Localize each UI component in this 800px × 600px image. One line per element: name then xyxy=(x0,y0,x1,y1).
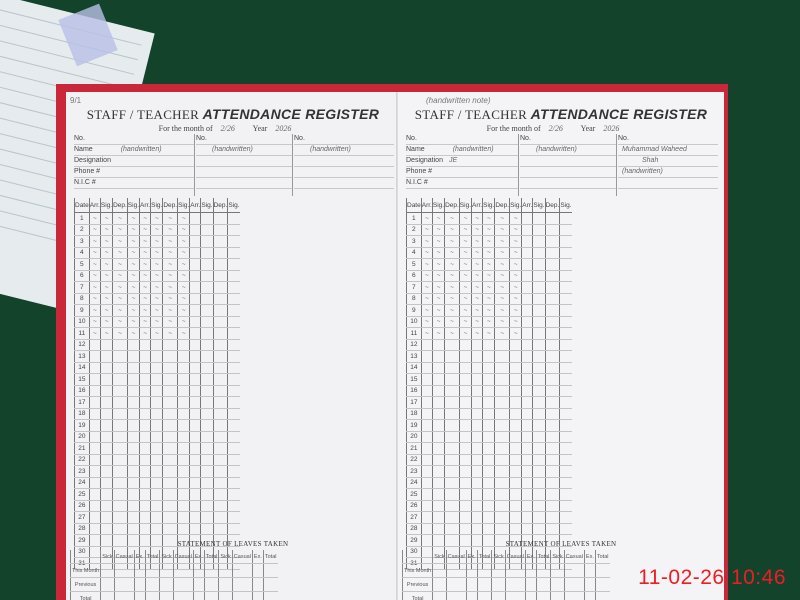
entry-cell xyxy=(201,247,213,259)
entry-cell: ~ xyxy=(89,224,100,236)
column-header: Sig. xyxy=(533,198,545,213)
entry-cell: ~ xyxy=(163,270,178,282)
entry-cell xyxy=(163,385,178,397)
entry-cell xyxy=(127,362,139,374)
entry-cell xyxy=(545,374,560,386)
leave-header: Total xyxy=(204,550,219,564)
entry-cell xyxy=(201,351,213,363)
entry-cell xyxy=(522,270,533,282)
entry-cell: ~ xyxy=(445,247,460,259)
table-row: 13 xyxy=(75,351,240,363)
entry-cell xyxy=(228,500,240,512)
date-cell: 1 xyxy=(407,213,422,225)
entry-cell xyxy=(89,466,100,478)
entry-cell: ~ xyxy=(510,213,522,225)
leave-header: Ex. xyxy=(252,550,263,564)
entry-cell xyxy=(522,385,533,397)
entry-cell: ~ xyxy=(445,305,460,317)
table-row: 11~~~~~~~~ xyxy=(407,328,572,340)
entry-cell xyxy=(510,374,522,386)
leave-header: Casual xyxy=(446,550,466,564)
entry-cell xyxy=(228,316,240,328)
leave-row-label: Previous xyxy=(403,578,433,592)
entry-cell xyxy=(421,500,432,512)
entry-cell xyxy=(213,500,228,512)
entry-cell xyxy=(190,305,201,317)
entry-cell xyxy=(560,454,572,466)
entry-cell xyxy=(190,431,201,443)
entry-cell xyxy=(445,500,460,512)
entry-cell xyxy=(190,293,201,305)
table-row: 8~~~~~~~~ xyxy=(75,293,240,305)
entry-cell xyxy=(201,512,213,524)
leave-header: Total xyxy=(536,550,551,564)
entry-cell xyxy=(545,489,560,501)
entry-cell xyxy=(472,512,483,524)
page-title: STAFF / TEACHER ATTENDANCE REGISTER xyxy=(398,106,724,123)
entry-cell xyxy=(510,362,522,374)
entry-cell: ~ xyxy=(100,224,112,236)
entry-cell xyxy=(545,247,560,259)
entry-cell xyxy=(421,466,432,478)
entry-cell xyxy=(228,466,240,478)
entry-cell: ~ xyxy=(432,236,444,248)
entry-cell xyxy=(560,339,572,351)
entry-cell: ~ xyxy=(495,316,510,328)
entry-cell xyxy=(483,523,495,535)
table-row: 4~~~~~~~~ xyxy=(75,247,240,259)
entry-cell: ~ xyxy=(127,224,139,236)
entry-cell xyxy=(421,385,432,397)
entry-cell xyxy=(459,512,471,524)
table-row: 10~~~~~~~~ xyxy=(75,316,240,328)
entry-cell xyxy=(445,408,460,420)
entry-cell xyxy=(560,443,572,455)
entry-cell xyxy=(472,477,483,489)
entry-cell xyxy=(213,385,228,397)
entry-cell xyxy=(151,443,163,455)
entry-cell xyxy=(421,408,432,420)
entry-cell xyxy=(151,408,163,420)
entry-cell xyxy=(178,339,190,351)
entry-cell: ~ xyxy=(140,236,151,248)
table-row: 8~~~~~~~~ xyxy=(407,293,572,305)
entry-cell xyxy=(178,362,190,374)
entry-cell xyxy=(510,500,522,512)
entry-cell: ~ xyxy=(178,270,190,282)
entry-cell xyxy=(495,477,510,489)
entry-cell xyxy=(545,500,560,512)
entry-cell: ~ xyxy=(472,282,483,294)
entry-cell xyxy=(495,523,510,535)
entry-cell xyxy=(178,408,190,420)
entry-cell: ~ xyxy=(495,305,510,317)
entry-cell xyxy=(533,362,545,374)
entry-cell xyxy=(89,408,100,420)
date-cell: 21 xyxy=(75,443,90,455)
leave-header: Total xyxy=(145,550,160,564)
entry-cell: ~ xyxy=(100,259,112,271)
entry-cell: ~ xyxy=(151,247,163,259)
entry-cell xyxy=(495,489,510,501)
leave-row-label: Previous xyxy=(71,578,101,592)
entry-cell xyxy=(432,500,444,512)
attendance-table: DateArr.Sig.Dep.Sig.Arr.Sig.Dep.Sig.Arr.… xyxy=(406,198,572,570)
entry-cell: ~ xyxy=(510,293,522,305)
entry-cell: ~ xyxy=(459,224,471,236)
entry-cell xyxy=(228,431,240,443)
entry-cell xyxy=(432,523,444,535)
table-row: 6~~~~~~~~ xyxy=(407,270,572,282)
entry-cell xyxy=(472,339,483,351)
entry-cell: ~ xyxy=(510,328,522,340)
table-row: 15 xyxy=(75,374,240,386)
entry-cell xyxy=(545,316,560,328)
entry-cell xyxy=(127,477,139,489)
entry-cell xyxy=(472,489,483,501)
date-cell: 11 xyxy=(407,328,422,340)
leave-header: Casual xyxy=(232,550,252,564)
entry-cell xyxy=(213,523,228,535)
entry-cell xyxy=(89,362,100,374)
entry-cell: ~ xyxy=(421,270,432,282)
date-cell: 15 xyxy=(75,374,90,386)
entry-cell xyxy=(190,236,201,248)
entry-cell: ~ xyxy=(178,293,190,305)
entry-cell xyxy=(533,351,545,363)
entry-cell xyxy=(495,431,510,443)
entry-cell xyxy=(421,374,432,386)
entry-cell: ~ xyxy=(445,236,460,248)
table-row: 3~~~~~~~~ xyxy=(407,236,572,248)
column-header: Sig. xyxy=(151,198,163,213)
date-cell: 17 xyxy=(407,397,422,409)
entry-cell xyxy=(495,351,510,363)
entry-cell xyxy=(213,224,228,236)
entry-cell: ~ xyxy=(445,282,460,294)
entry-cell xyxy=(201,454,213,466)
entry-cell xyxy=(190,316,201,328)
entry-cell: ~ xyxy=(127,270,139,282)
entry-cell xyxy=(472,374,483,386)
date-cell: 15 xyxy=(407,374,422,386)
table-row: 14 xyxy=(75,362,240,374)
column-header: Arr. xyxy=(190,198,201,213)
entry-cell xyxy=(522,489,533,501)
entry-cell xyxy=(113,339,128,351)
entry-cell xyxy=(445,362,460,374)
entry-cell xyxy=(100,374,112,386)
entry-cell: ~ xyxy=(140,247,151,259)
entry-cell xyxy=(545,270,560,282)
entry-cell xyxy=(483,408,495,420)
entry-cell xyxy=(472,454,483,466)
entry-cell xyxy=(459,339,471,351)
entry-cell xyxy=(510,431,522,443)
entry-cell xyxy=(213,305,228,317)
entry-cell xyxy=(163,397,178,409)
date-cell: 4 xyxy=(407,247,422,259)
entry-cell xyxy=(472,431,483,443)
entry-cell xyxy=(432,339,444,351)
entry-cell: ~ xyxy=(421,293,432,305)
entry-cell: ~ xyxy=(495,213,510,225)
entry-cell xyxy=(522,293,533,305)
column-header: Sig. xyxy=(201,198,213,213)
entry-cell: ~ xyxy=(445,328,460,340)
date-cell: 17 xyxy=(75,397,90,409)
date-cell: 23 xyxy=(407,466,422,478)
date-cell: 25 xyxy=(75,489,90,501)
entry-cell: ~ xyxy=(495,259,510,271)
table-row: 13 xyxy=(407,351,572,363)
entry-cell xyxy=(228,362,240,374)
leave-header: Sick xyxy=(551,550,564,564)
entry-cell: ~ xyxy=(483,224,495,236)
entry-cell xyxy=(522,454,533,466)
column-header: Sig. xyxy=(432,198,444,213)
entry-cell: ~ xyxy=(495,328,510,340)
table-row: 2~~~~~~~~ xyxy=(75,224,240,236)
entry-cell xyxy=(89,431,100,443)
entry-cell xyxy=(151,431,163,443)
leave-header: Ex. xyxy=(584,550,595,564)
column-header: Sig. xyxy=(178,198,190,213)
entry-cell xyxy=(545,362,560,374)
entry-cell xyxy=(228,489,240,501)
entry-cell xyxy=(545,523,560,535)
entry-cell xyxy=(472,500,483,512)
entry-cell xyxy=(483,374,495,386)
entry-cell xyxy=(89,385,100,397)
entry-cell xyxy=(127,454,139,466)
entry-cell xyxy=(140,454,151,466)
entry-cell xyxy=(459,466,471,478)
entry-cell xyxy=(483,466,495,478)
entry-cell xyxy=(151,397,163,409)
entry-cell xyxy=(432,489,444,501)
entry-cell xyxy=(127,523,139,535)
entry-cell: ~ xyxy=(445,224,460,236)
entry-cell xyxy=(113,397,128,409)
entry-cell xyxy=(545,397,560,409)
table-row: 11~~~~~~~~ xyxy=(75,328,240,340)
entry-cell: ~ xyxy=(459,213,471,225)
entry-cell xyxy=(545,512,560,524)
entry-cell xyxy=(228,224,240,236)
entry-cell xyxy=(495,362,510,374)
entry-cell xyxy=(459,408,471,420)
entry-cell xyxy=(495,408,510,420)
entry-cell: ~ xyxy=(421,328,432,340)
entry-cell xyxy=(522,431,533,443)
entry-cell: ~ xyxy=(510,247,522,259)
entry-cell: ~ xyxy=(113,247,128,259)
entry-cell xyxy=(483,454,495,466)
entry-cell xyxy=(113,512,128,524)
entry-cell xyxy=(522,305,533,317)
table-row: 9~~~~~~~~ xyxy=(407,305,572,317)
entry-cell xyxy=(140,431,151,443)
entry-cell xyxy=(533,420,545,432)
entry-cell xyxy=(483,351,495,363)
entry-cell xyxy=(89,420,100,432)
entry-cell xyxy=(545,431,560,443)
entry-cell xyxy=(228,443,240,455)
entry-cell xyxy=(140,523,151,535)
entry-cell: ~ xyxy=(113,236,128,248)
entry-cell xyxy=(213,466,228,478)
entry-cell xyxy=(483,489,495,501)
entry-cell xyxy=(140,385,151,397)
entry-cell: ~ xyxy=(151,328,163,340)
entry-cell: ~ xyxy=(100,213,112,225)
entry-cell xyxy=(89,339,100,351)
entry-cell xyxy=(89,454,100,466)
entry-cell xyxy=(100,443,112,455)
entry-cell xyxy=(178,443,190,455)
date-cell: 19 xyxy=(75,420,90,432)
entry-cell xyxy=(113,477,128,489)
entry-cell xyxy=(190,351,201,363)
entry-cell: ~ xyxy=(459,305,471,317)
entry-cell xyxy=(459,397,471,409)
entry-cell xyxy=(190,397,201,409)
entry-cell xyxy=(445,351,460,363)
entry-cell xyxy=(201,362,213,374)
entry-cell: ~ xyxy=(483,247,495,259)
entry-cell xyxy=(178,374,190,386)
date-cell: 2 xyxy=(75,224,90,236)
leave-header: Sick xyxy=(433,550,446,564)
entry-cell xyxy=(483,500,495,512)
entry-cell: ~ xyxy=(445,213,460,225)
entry-cell xyxy=(522,328,533,340)
date-cell: 11 xyxy=(75,328,90,340)
entry-cell xyxy=(533,328,545,340)
entry-cell: ~ xyxy=(421,236,432,248)
entry-cell: ~ xyxy=(510,259,522,271)
entry-cell xyxy=(545,213,560,225)
entry-cell xyxy=(213,362,228,374)
entry-cell: ~ xyxy=(151,316,163,328)
entry-cell: ~ xyxy=(89,293,100,305)
entry-cell xyxy=(151,466,163,478)
entry-cell xyxy=(127,339,139,351)
entry-cell: ~ xyxy=(140,224,151,236)
entry-cell xyxy=(228,236,240,248)
entry-cell xyxy=(445,339,460,351)
entry-cell: ~ xyxy=(459,259,471,271)
leave-header: Sick xyxy=(492,550,505,564)
entry-cell: ~ xyxy=(100,293,112,305)
entry-cell xyxy=(228,259,240,271)
entry-cell xyxy=(560,512,572,524)
entry-cell xyxy=(228,420,240,432)
entry-cell xyxy=(522,316,533,328)
entry-cell: ~ xyxy=(127,213,139,225)
entry-cell xyxy=(213,512,228,524)
entry-cell xyxy=(545,282,560,294)
entry-cell xyxy=(495,512,510,524)
entry-cell xyxy=(190,523,201,535)
column-header: Dep. xyxy=(445,198,460,213)
entry-cell: ~ xyxy=(510,270,522,282)
entry-cell: ~ xyxy=(472,270,483,282)
entry-cell xyxy=(140,339,151,351)
entry-cell xyxy=(190,408,201,420)
entry-cell xyxy=(495,500,510,512)
leave-header: Casual xyxy=(173,550,193,564)
table-row: 22 xyxy=(407,454,572,466)
entry-cell xyxy=(213,397,228,409)
entry-cell xyxy=(201,316,213,328)
table-row: 6~~~~~~~~ xyxy=(75,270,240,282)
entry-cell xyxy=(163,489,178,501)
entry-cell: ~ xyxy=(140,328,151,340)
entry-cell xyxy=(445,512,460,524)
leave-header: Total xyxy=(595,550,609,564)
entry-cell xyxy=(560,328,572,340)
entry-cell: ~ xyxy=(127,305,139,317)
date-cell: 8 xyxy=(407,293,422,305)
column-header: Sig. xyxy=(228,198,240,213)
entry-cell xyxy=(100,351,112,363)
entry-cell xyxy=(522,374,533,386)
date-cell: 18 xyxy=(407,408,422,420)
entry-cell xyxy=(545,420,560,432)
entry-cell xyxy=(190,282,201,294)
date-cell: 12 xyxy=(75,339,90,351)
page-title: STAFF / TEACHER ATTENDANCE REGISTER xyxy=(66,106,400,123)
entry-cell: ~ xyxy=(127,259,139,271)
entry-cell xyxy=(560,374,572,386)
entry-cell xyxy=(151,500,163,512)
column-header: Dep. xyxy=(113,198,128,213)
entry-cell: ~ xyxy=(178,316,190,328)
entry-cell xyxy=(151,512,163,524)
entry-cell xyxy=(201,408,213,420)
entry-cell xyxy=(421,339,432,351)
leave-row-label: Total xyxy=(71,592,101,600)
entry-cell xyxy=(472,351,483,363)
entry-cell: ~ xyxy=(510,236,522,248)
entry-cell: ~ xyxy=(432,213,444,225)
entry-cell xyxy=(545,466,560,478)
entry-cell xyxy=(560,351,572,363)
entry-cell: ~ xyxy=(113,259,128,271)
column-header: Arr. xyxy=(421,198,432,213)
entry-cell xyxy=(560,397,572,409)
entry-cell xyxy=(163,443,178,455)
date-cell: 8 xyxy=(75,293,90,305)
date-cell: 27 xyxy=(75,512,90,524)
entry-cell xyxy=(522,213,533,225)
entry-cell: ~ xyxy=(89,282,100,294)
entry-cell xyxy=(100,477,112,489)
entry-cell xyxy=(560,236,572,248)
entry-cell: ~ xyxy=(113,224,128,236)
entry-cell xyxy=(113,489,128,501)
entry-cell xyxy=(495,374,510,386)
entry-cell xyxy=(213,489,228,501)
entry-cell xyxy=(533,454,545,466)
entry-cell xyxy=(533,282,545,294)
entry-cell xyxy=(163,408,178,420)
entry-cell xyxy=(213,270,228,282)
entry-cell xyxy=(213,420,228,432)
entry-cell: ~ xyxy=(459,247,471,259)
